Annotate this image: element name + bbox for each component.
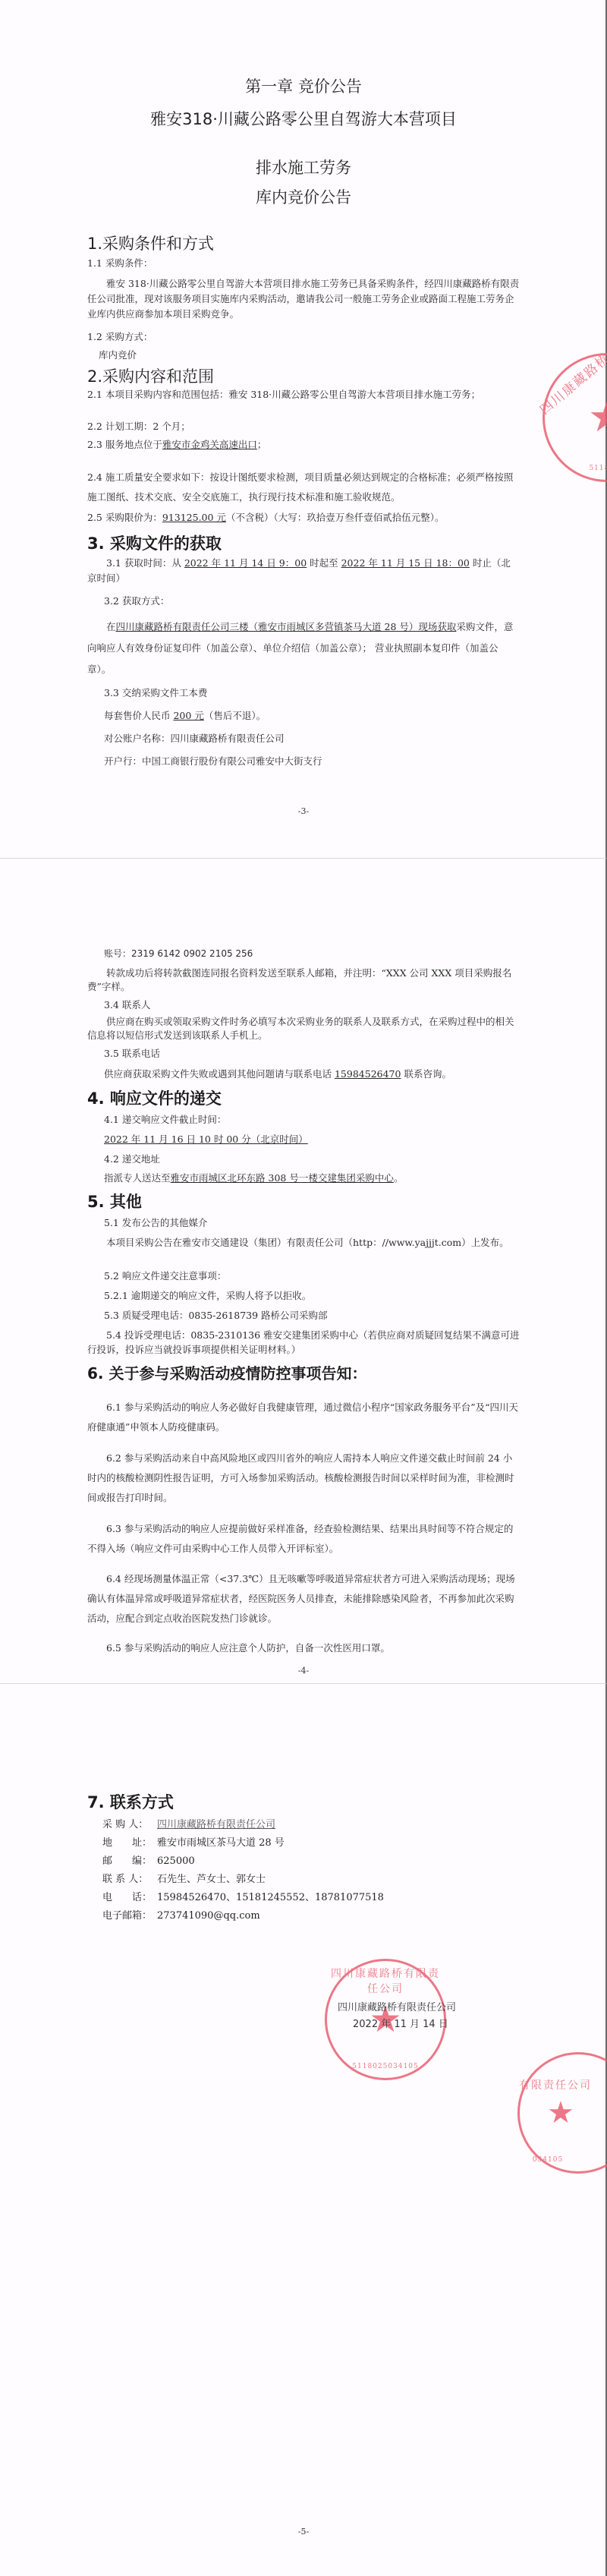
price-prefix: 每套售价人民币 (104, 710, 173, 721)
s6-1: 6.1 参与采购活动的响应人务必做好自我健康管理，通过微信小程序“国家政务服务平… (87, 1398, 520, 1437)
s2-5-suffix: （不含税）（大写：玖拾壹万叁仟壹佰贰拾伍元整）。 (226, 512, 445, 523)
partial-seal-text: 有限责任公司 (497, 2077, 607, 2092)
account-number: 账号：2319 6142 0902 2105 256 (104, 946, 468, 961)
contact-email: 电子邮箱：273741090@qq.com (102, 1908, 260, 1925)
page-number: -3- (0, 806, 607, 816)
contact-label: 地 址： (102, 1835, 157, 1852)
project-title: 雅安318·川藏公路零公里自驾游大本营项目 (0, 107, 607, 130)
s2-3-prefix: 2.3 服务地点位于 (87, 439, 162, 450)
s6-5: 6.5 参与采购活动的响应人应注意个人防护，自备一次性医用口罩。 (87, 1641, 520, 1656)
bank-name: 开户行：中国工商银行股份有限公司雅安中大街支行 (104, 754, 468, 769)
contact-label: 采 购 人： (102, 1817, 157, 1833)
s3-1-end: 2022 年 11 月 15 日 18：00 (341, 557, 470, 569)
s4-1-label: 4.1 递交响应文件截止时间： (104, 1112, 468, 1127)
seal-code: 5118025034105 (327, 2063, 444, 2070)
contact-label: 邮 编： (102, 1853, 157, 1870)
s3-2-prefix: 在 (106, 621, 116, 632)
s2-2: 2.2 计划工期：2 个月； (87, 419, 451, 434)
contact-phones: 电 话：15984526470、15181245552、18781077518 (102, 1890, 384, 1906)
contact-persons: 联 系 人：石先生、芦女士、郭女士 (102, 1871, 266, 1888)
transfer-note: 转款成功后将转款截图连同报名资料发送至联系人邮箱，并注明：“XXX 公司 XXX… (87, 966, 520, 994)
s3-2-place: 四川康藏路桥有限责任公司三楼（雅安市雨城区多营镇茶马大道 28 号）现场获取 (116, 621, 457, 632)
postcode-value: 625000 (157, 1856, 195, 1867)
contact-label: 联 系 人： (102, 1871, 157, 1888)
s4-2-text: 指派专人送达至雅安市雨城区北环东路 308 号一楼交建集团采购中心。 (104, 1171, 529, 1186)
page-number: -4- (0, 1666, 607, 1676)
s6-3: 6.3 参与采购活动的响应人应提前做好采样准备，经查验检测结果、结果出具时间等不… (87, 1519, 520, 1559)
s2-3: 2.3 服务地点位于雅安市金鸡关高速出口； (87, 437, 451, 452)
seal-text: 四川康藏路桥有限责任公司 (327, 1966, 444, 1996)
s2-5: 2.5 采购限价为：913125.00 元（不含税）（大写：玖拾壹万叁仟壹佰贰拾… (87, 510, 527, 525)
submission-address: 雅安市雨城区北环东路 308 号一楼交建集团采购中心 (171, 1172, 394, 1184)
section-5-heading: 5. 其他 (87, 1190, 142, 1212)
s5-4: 5.4 投诉受理电话：0835-2310136 雅安交建集团采购中心（若供应商对… (87, 1328, 520, 1357)
s3-1-mid: 时起至 (307, 557, 341, 569)
s1-2-label: 1.2 采购方式： (87, 329, 451, 345)
s6-2: 6.2 参与采购活动来自中高风险地区或四川省外的响应人需持本人响应文件递交截止时… (87, 1449, 520, 1508)
section-7-heading: 7. 联系方式 (87, 1790, 174, 1813)
s5-1-text: 本项目采购公告在雅安市交通建设（集团）有限责任公司（http：//www.yaj… (87, 1235, 520, 1250)
s2-5-prefix: 2.5 采购限价为： (87, 512, 162, 523)
subtitle-labor: 排水施工劳务 (0, 156, 607, 178)
section-6-heading: 6. 关于参与采购活动疫情防控事项告知： (87, 1361, 366, 1383)
price-suffix: （售后不退）。 (204, 710, 266, 721)
s1-2-text: 库内竞价 (99, 348, 463, 363)
section-2-heading: 2.采购内容和范围 (87, 364, 214, 387)
contact-address: 地 址：雅安市雨城区茶马大道 28 号 (102, 1835, 285, 1852)
page-5: 7. 联系方式 采 购 人：四川康藏路桥有限责任公司 地 址：雅安市雨城区茶马大… (0, 1683, 607, 2576)
s4-2-suffix: 。 (394, 1172, 404, 1184)
s3-5-label: 3.5 联系电话 (104, 1046, 468, 1061)
s6-4: 6.4 经现场测量体温正常（<37.3℃）且无咳嗽等呼吸道异常症状者方可进入采购… (87, 1569, 520, 1629)
s3-5-suffix: 联系咨询。 (401, 1068, 451, 1080)
page-4: 账号：2319 6142 0902 2105 256 转款成功后将转款截图连同报… (0, 858, 607, 1683)
section-1-heading: 1.采购条件和方式 (87, 232, 214, 254)
chapter-title: 第一章 竞价公告 (0, 74, 607, 97)
contact-purchaser: 采 购 人：四川康藏路桥有限责任公司 (102, 1817, 275, 1833)
page-3: 第一章 竞价公告 雅安318·川藏公路零公里自驾游大本营项目 排水施工劳务 库内… (0, 0, 607, 858)
price-limit: 913125.00 元 (162, 512, 226, 523)
s1-1-text: 雅安 318·川藏公路零公里自驾游大本营项目排水施工劳务已具备采购条件，经四川康… (87, 276, 520, 322)
submission-deadline: 2022 年 11 月 16 日 10 时 00 分（北京时间） (104, 1132, 468, 1147)
seal-star-icon: ★ (588, 396, 607, 439)
s5-2-label: 5.2 响应文件递交注意事项： (104, 1269, 468, 1284)
s2-1: 2.1 本项目采购内容和范围包括：雅安 318·川藏公路零公里自驾游大本营项目排… (87, 387, 520, 402)
phones-value: 15984526470、15181245552、18781077518 (157, 1892, 384, 1903)
purchaser-name: 四川康藏路桥有限责任公司 (157, 1819, 275, 1830)
s1-1-label: 1.1 采购条件： (87, 256, 451, 271)
email-value: 273741090@qq.com (157, 1910, 260, 1922)
s5-3: 5.3 质疑受理电话：0835-2618739 路桥公司采购部 (104, 1308, 529, 1323)
s3-4-text: 供应商在购买或领取采购文件时务必填写本次采购业务的联系人及联系方式，在采购过程中… (87, 1015, 520, 1042)
s5-2-1: 5.2.1 逾期递交的响应文件，采购人将予以拒收。 (104, 1288, 468, 1304)
s3-1-prefix: 3.1 获取时间：从 (106, 557, 184, 569)
section-4-heading: 4. 响应文件的递交 (87, 1086, 222, 1109)
s4-2-prefix: 指派专人送达至 (104, 1172, 171, 1184)
s3-5-text: 供应商获取采购文件失败或遇到其他问题请与联系电话 15984526470 联系咨… (104, 1067, 529, 1082)
s2-3-suffix: ； (257, 439, 267, 450)
s3-1: 3.1 获取时间：从 2022 年 11 月 14 日 9：00 时起至 202… (87, 556, 520, 586)
contact-label: 电子邮箱： (102, 1908, 157, 1925)
contact-postcode: 邮 编：625000 (102, 1853, 195, 1870)
s3-2-text: 在四川康藏路桥有限责任公司三楼（雅安市雨城区多营镇茶马大道 28 号）现场获取采… (87, 616, 520, 680)
doc-fee: 200 元 (173, 710, 203, 721)
contact-phone: 15984526470 (335, 1068, 401, 1080)
s5-1-label: 5.1 发布公告的其他媒介 (104, 1215, 468, 1231)
signature-date: 2022 年 11 月 14 日 (353, 2016, 448, 2030)
section-3-heading: 3. 采购文件的获取 (87, 531, 222, 554)
s3-3-label: 3.3 交纳采购文件工本费 (104, 686, 468, 701)
subtitle-notice: 库内竞价公告 (0, 185, 607, 208)
account-name: 对公账户名称：四川康藏路桥有限责任公司 (104, 731, 468, 746)
s3-2-label: 3.2 获取方式： (104, 594, 468, 609)
s2-3-location: 雅安市金鸡关高速出口 (162, 439, 257, 450)
persons-value: 石先生、芦女士、郭女士 (157, 1874, 266, 1885)
partial-seal-code: 034105 (489, 2156, 606, 2164)
s3-5-prefix: 供应商获取采购文件失败或遇到其他问题请与联系电话 (104, 1068, 335, 1080)
company-seal-stamp: 四川康藏路桥 ★ 5118025 (543, 353, 607, 482)
s3-1-start: 2022 年 11 月 14 日 9：00 (184, 557, 307, 569)
address-value: 雅安市雨城区茶马大道 28 号 (157, 1837, 285, 1849)
s3-4-label: 3.4 联系人 (104, 998, 468, 1013)
s3-3-price: 每套售价人民币 200 元（售后不退）。 (104, 708, 468, 724)
s4-2-label: 4.2 递交地址 (104, 1152, 468, 1167)
seal-code: 5118025 (545, 465, 607, 472)
page-number: -5- (0, 2527, 607, 2537)
partial-seal-stamp: 有限责任公司 ★ 034105 (517, 2052, 607, 2174)
seal-star-icon: ★ (547, 2098, 574, 2128)
contact-label: 电 话： (102, 1890, 157, 1906)
signature-company: 四川康藏路桥有限责任公司 (338, 1999, 456, 2013)
s2-4: 2.4 施工质量安全要求如下：按设计图纸要求检测，项目质量必须达到规定的合格标准… (87, 468, 520, 507)
